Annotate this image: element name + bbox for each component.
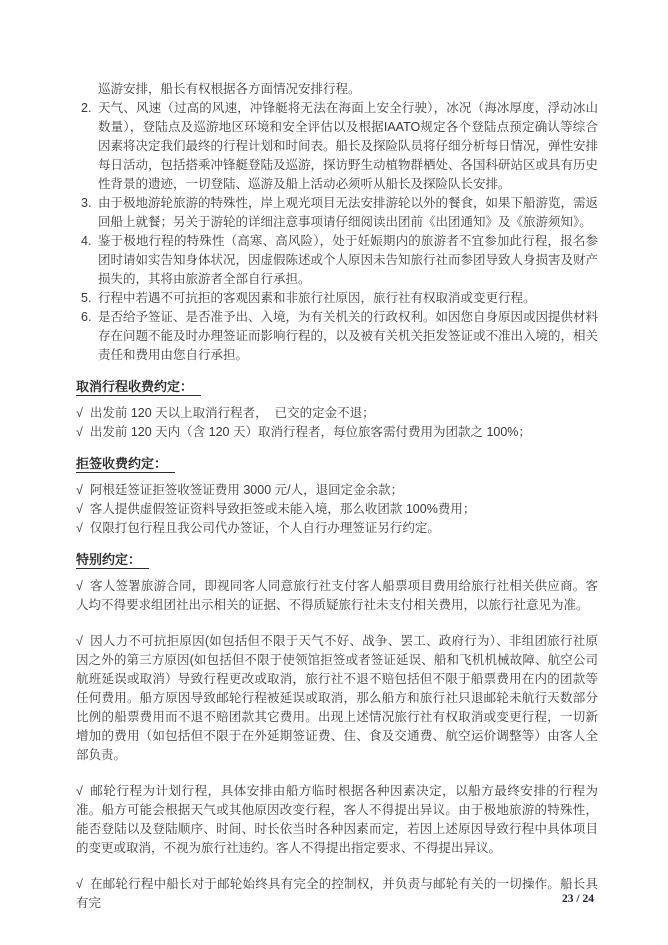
section-heading-text: 拒签收费约定：	[76, 456, 175, 473]
check-item-text: 客人签署旅游合同，即视同客人同意旅行社支付客人船票项目费用给旅行社相关供应商。客…	[76, 579, 598, 612]
check-item-text: 仅限打包行程且我公司代办签证，个人自行办理签证另行约定。	[90, 521, 440, 535]
check-mark: √	[76, 579, 83, 593]
check-item-text: 客人提供虚假签证资料导致拒签或未能入境，那么收团款 100%费用；	[90, 502, 475, 516]
section-heading-cancellation-fees: 取消行程收费约定：	[76, 377, 598, 396]
check-item-text: 出发前 120 天内（含 120 天）取消行程者，每位旅客需付费用为团款之 10…	[90, 425, 531, 439]
list-item-1-continuation: 巡游安排，船长有权根据各方面情况安排行程。	[76, 80, 598, 99]
check-item: √在邮轮行程中船长对于邮轮始终具有完全的控制权，并负责与邮轮有关的一切操作。船长…	[76, 875, 598, 913]
document-page: 巡游安排，船长有权根据各方面情况安排行程。 2. 天气、风速（过高的风速，冲锋艇…	[0, 0, 668, 945]
numbered-item-4: 4. 鉴于极地行程的特殊性（高寒、高风险），处于妊娠期内的旅游者不宜参加此行程，…	[76, 232, 598, 289]
numbered-item-2: 2. 天气、风速（过高的风速，冲锋艇将无法在海面上安全行驶），冰况（海冰厚度，浮…	[76, 99, 598, 194]
item-text: 天气、风速（过高的风速，冲锋艇将无法在海面上安全行驶），冰况（海冰厚度，浮动冰山…	[98, 99, 598, 194]
numbered-item-5: 5. 行程中若遇不可抗拒的客观因素和非旅行社原因，旅行社有权取消或变更行程。	[76, 289, 598, 308]
check-item: √仅限打包行程且我公司代办签证，个人自行办理签证另行约定。	[76, 519, 598, 538]
item-text: 行程中若遇不可抗拒的客观因素和非旅行社原因，旅行社有权取消或变更行程。	[98, 289, 598, 308]
check-item: √阿根廷签证拒签收签证费用 3000 元/人，退回定金余款；	[76, 481, 598, 500]
check-mark: √	[76, 521, 83, 535]
item-number: 2.	[76, 99, 98, 194]
check-mark: √	[76, 502, 83, 516]
check-item: √客人提供虚假签证资料导致拒签或未能入境，那么收团款 100%费用；	[76, 500, 598, 519]
section-heading-visa-refusal-fees: 拒签收费约定：	[76, 454, 598, 473]
check-item-text: 邮轮行程为计划行程，具体安排由船方临时根据各种因素决定，以船方最终安排的行程为准…	[76, 784, 598, 855]
item-text: 由于极地游轮旅游的特殊性，岸上观光项目无法安排游轮以外的餐食，如果下船游览，需返…	[98, 194, 598, 232]
check-item: √因人力不可抗拒原因(如包括但不限于天气不好、战争、罢工、政府行为）、非组团旅行…	[76, 632, 598, 765]
item-text: 是否给予签证、是否准予出、入境，为有关机关的行政权利。如因您自身原因或因提供材料…	[98, 308, 598, 365]
check-mark: √	[76, 406, 83, 420]
numbered-item-3: 3. 由于极地游轮旅游的特殊性，岸上观光项目无法安排游轮以外的餐食，如果下船游览…	[76, 194, 598, 232]
item-text: 鉴于极地行程的特殊性（高寒、高风险），处于妊娠期内的旅游者不宜参加此行程，报名参…	[98, 232, 598, 289]
item-number: 6.	[76, 308, 98, 365]
section-heading-text: 取消行程收费约定：	[76, 379, 201, 396]
document-content: 巡游安排，船长有权根据各方面情况安排行程。 2. 天气、风速（过高的风速，冲锋艇…	[76, 80, 598, 913]
item-number: 5.	[76, 289, 98, 308]
check-item: √出发前 120 天内（含 120 天）取消行程者，每位旅客需付费用为团款之 1…	[76, 423, 598, 442]
check-item: √客人签署旅游合同，即视同客人同意旅行社支付客人船票项目费用给旅行社相关供应商。…	[76, 577, 598, 615]
check-item: √出发前 120 天以上取消行程者， 已交的定金不退；	[76, 404, 598, 423]
item-number: 3.	[76, 194, 98, 232]
check-mark: √	[76, 784, 83, 798]
check-item-text: 出发前 120 天以上取消行程者， 已交的定金不退；	[90, 406, 375, 420]
check-item-text: 因人力不可抗拒原因(如包括但不限于天气不好、战争、罢工、政府行为）、非组团旅行社…	[76, 634, 598, 762]
section-heading-text: 特别约定：	[76, 552, 149, 569]
check-mark: √	[76, 877, 83, 891]
check-item-text: 阿根廷签证拒签收签证费用 3000 元/人，退回定金余款；	[90, 483, 403, 497]
item-number: 4.	[76, 232, 98, 289]
check-mark: √	[76, 425, 83, 439]
check-mark: √	[76, 634, 83, 648]
check-item-text: 在邮轮行程中船长对于邮轮始终具有完全的控制权，并负责与邮轮有关的一切操作。船长具…	[76, 877, 598, 910]
section-heading-special-terms: 特别约定：	[76, 550, 598, 569]
check-item: √邮轮行程为计划行程，具体安排由船方临时根据各种因素决定，以船方最终安排的行程为…	[76, 782, 598, 858]
page-number: 23 / 24	[562, 893, 594, 905]
numbered-item-6: 6. 是否给予签证、是否准予出、入境，为有关机关的行政权利。如因您自身原因或因提…	[76, 308, 598, 365]
check-mark: √	[76, 483, 83, 497]
